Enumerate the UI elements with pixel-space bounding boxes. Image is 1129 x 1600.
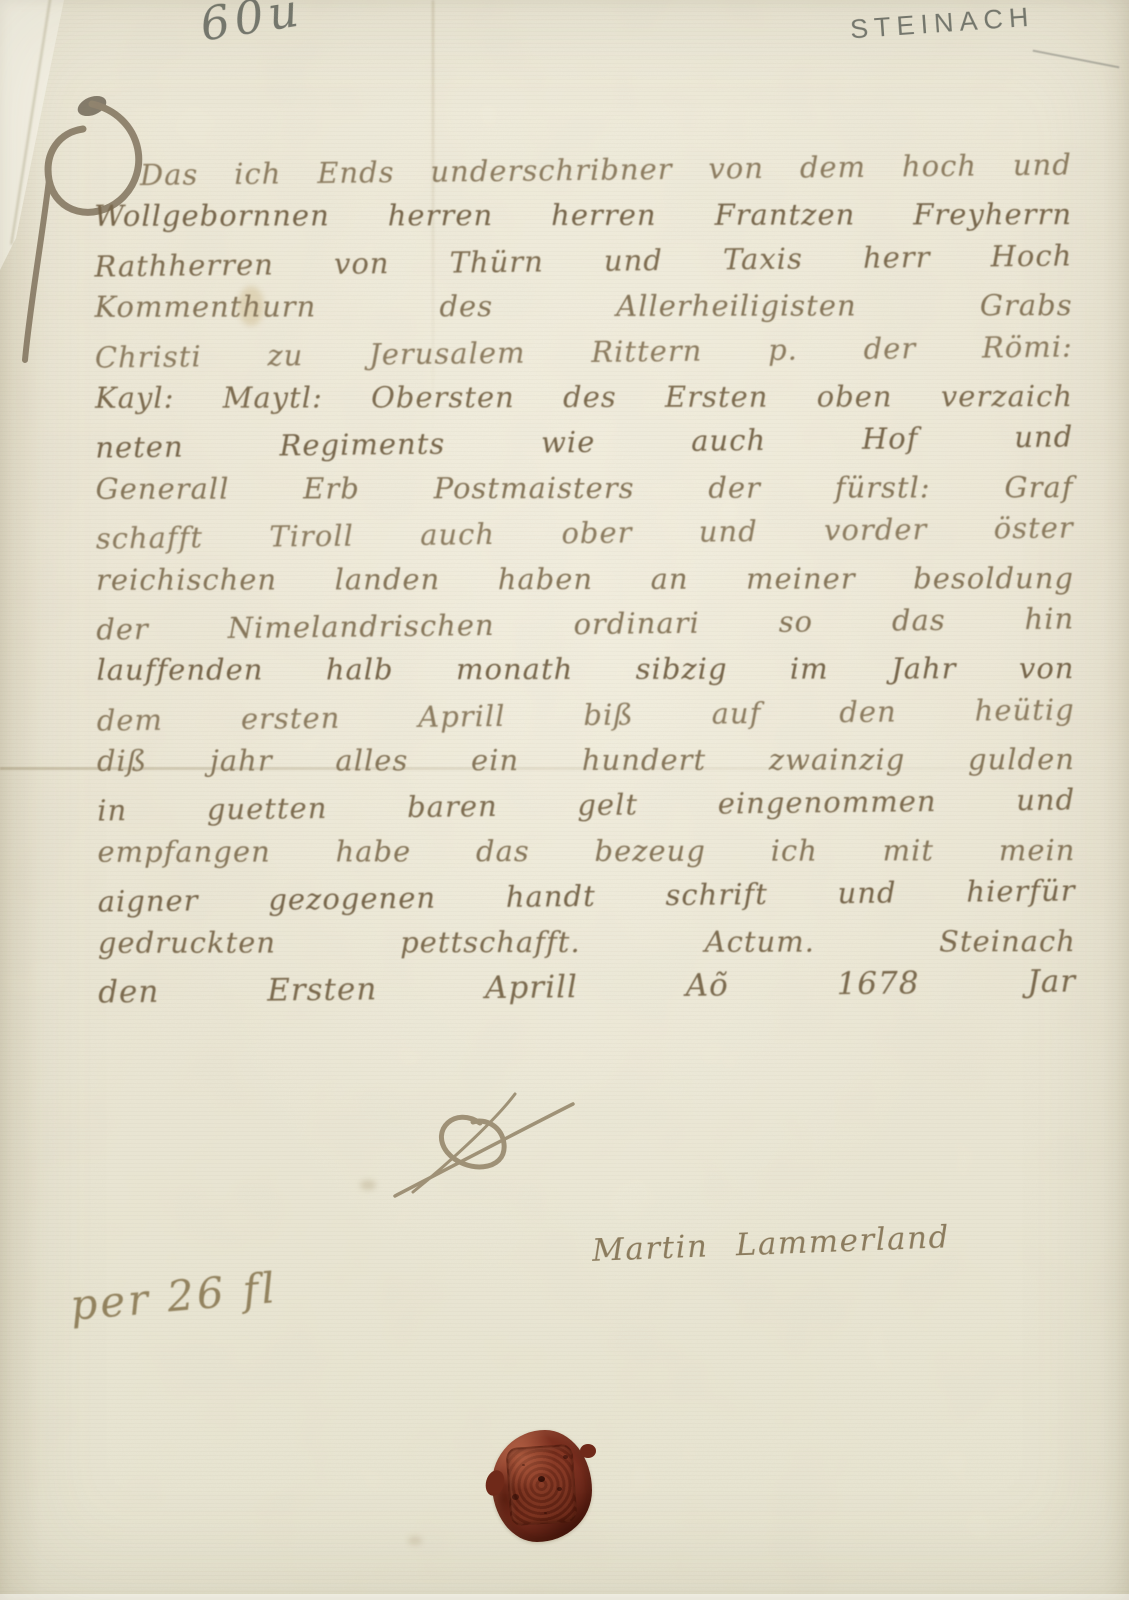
pencil-note-place: STEINACH	[849, 2, 1035, 46]
manuscript-text: Das ich Ends underschribner von dem hoch…	[94, 145, 1077, 1013]
wax-seal-lump	[580, 1444, 596, 1458]
manuscript-line: den Ersten Aprill Aõ 1678 Jar	[98, 959, 1076, 1015]
wax-seal-lump	[483, 1468, 507, 1498]
pencil-note-inventory: 60u	[196, 0, 306, 52]
manuscript-line: Kayl: Maytl: Obersten des Ersten oben ve…	[95, 374, 1073, 421]
scan-edge	[0, 1594, 1129, 1600]
manuscript-line: Wollgebornnen herren herren Frantzen Fre…	[94, 193, 1072, 240]
manuscript-line: neten Regiments wie auch Hof und	[95, 415, 1073, 471]
manuscript-line: Generall Erb Postmaisters der fürstl: Gr…	[95, 465, 1073, 512]
manuscript-line: empfangen habe das bezeug ich mit mein	[97, 828, 1075, 875]
wax-seal	[492, 1430, 592, 1542]
manuscript-line: Das ich Ends underschribner von dem hoch…	[94, 142, 1072, 198]
manuscript-line: Rathherren von Thürn und Taxis herr Hoch	[94, 233, 1072, 289]
amount-docket: per 26 fl	[68, 1263, 279, 1330]
paper-stain	[360, 1180, 376, 1190]
manuscript-line: Kommenthurn des Allerheiligisten Grabs	[95, 283, 1073, 330]
manuscript-line: in guetten baren gelt eingenommen und	[97, 778, 1075, 834]
wax-seal-spots	[538, 1476, 545, 1482]
manuscript-line: aigner gezogenen handt schrift und hierf…	[97, 869, 1075, 925]
paraph-flourish	[385, 1078, 595, 1203]
manuscript-line: Christi zu Jerusalem Rittern p. der Römi…	[95, 324, 1073, 380]
manuscript-page: 60u STEINACH Das ich Ends underschribner…	[0, 0, 1129, 1600]
manuscript-line: diß jahr alles ein hundert zwainzig guld…	[97, 737, 1075, 784]
manuscript-line: gedruckten pettschafft. Actum. Steinach	[98, 919, 1076, 966]
wax-seal-emblem	[505, 1444, 577, 1526]
manuscript-line: der Nimelandrischen ordinari so das hin	[96, 596, 1074, 652]
manuscript-line: lauffenden halb monath sibzig im Jahr vo…	[96, 646, 1074, 693]
manuscript-line: reichischen landen haben an meiner besol…	[96, 556, 1074, 603]
manuscript-line: dem ersten Aprill biß auf den heütig	[96, 687, 1074, 743]
paper-stain	[408, 1536, 422, 1545]
pencil-scratch-mark	[1033, 50, 1120, 69]
manuscript-line: schafft Tiroll auch ober und vorder öste…	[96, 506, 1074, 562]
signature: Martin Lammerland	[591, 1219, 950, 1269]
